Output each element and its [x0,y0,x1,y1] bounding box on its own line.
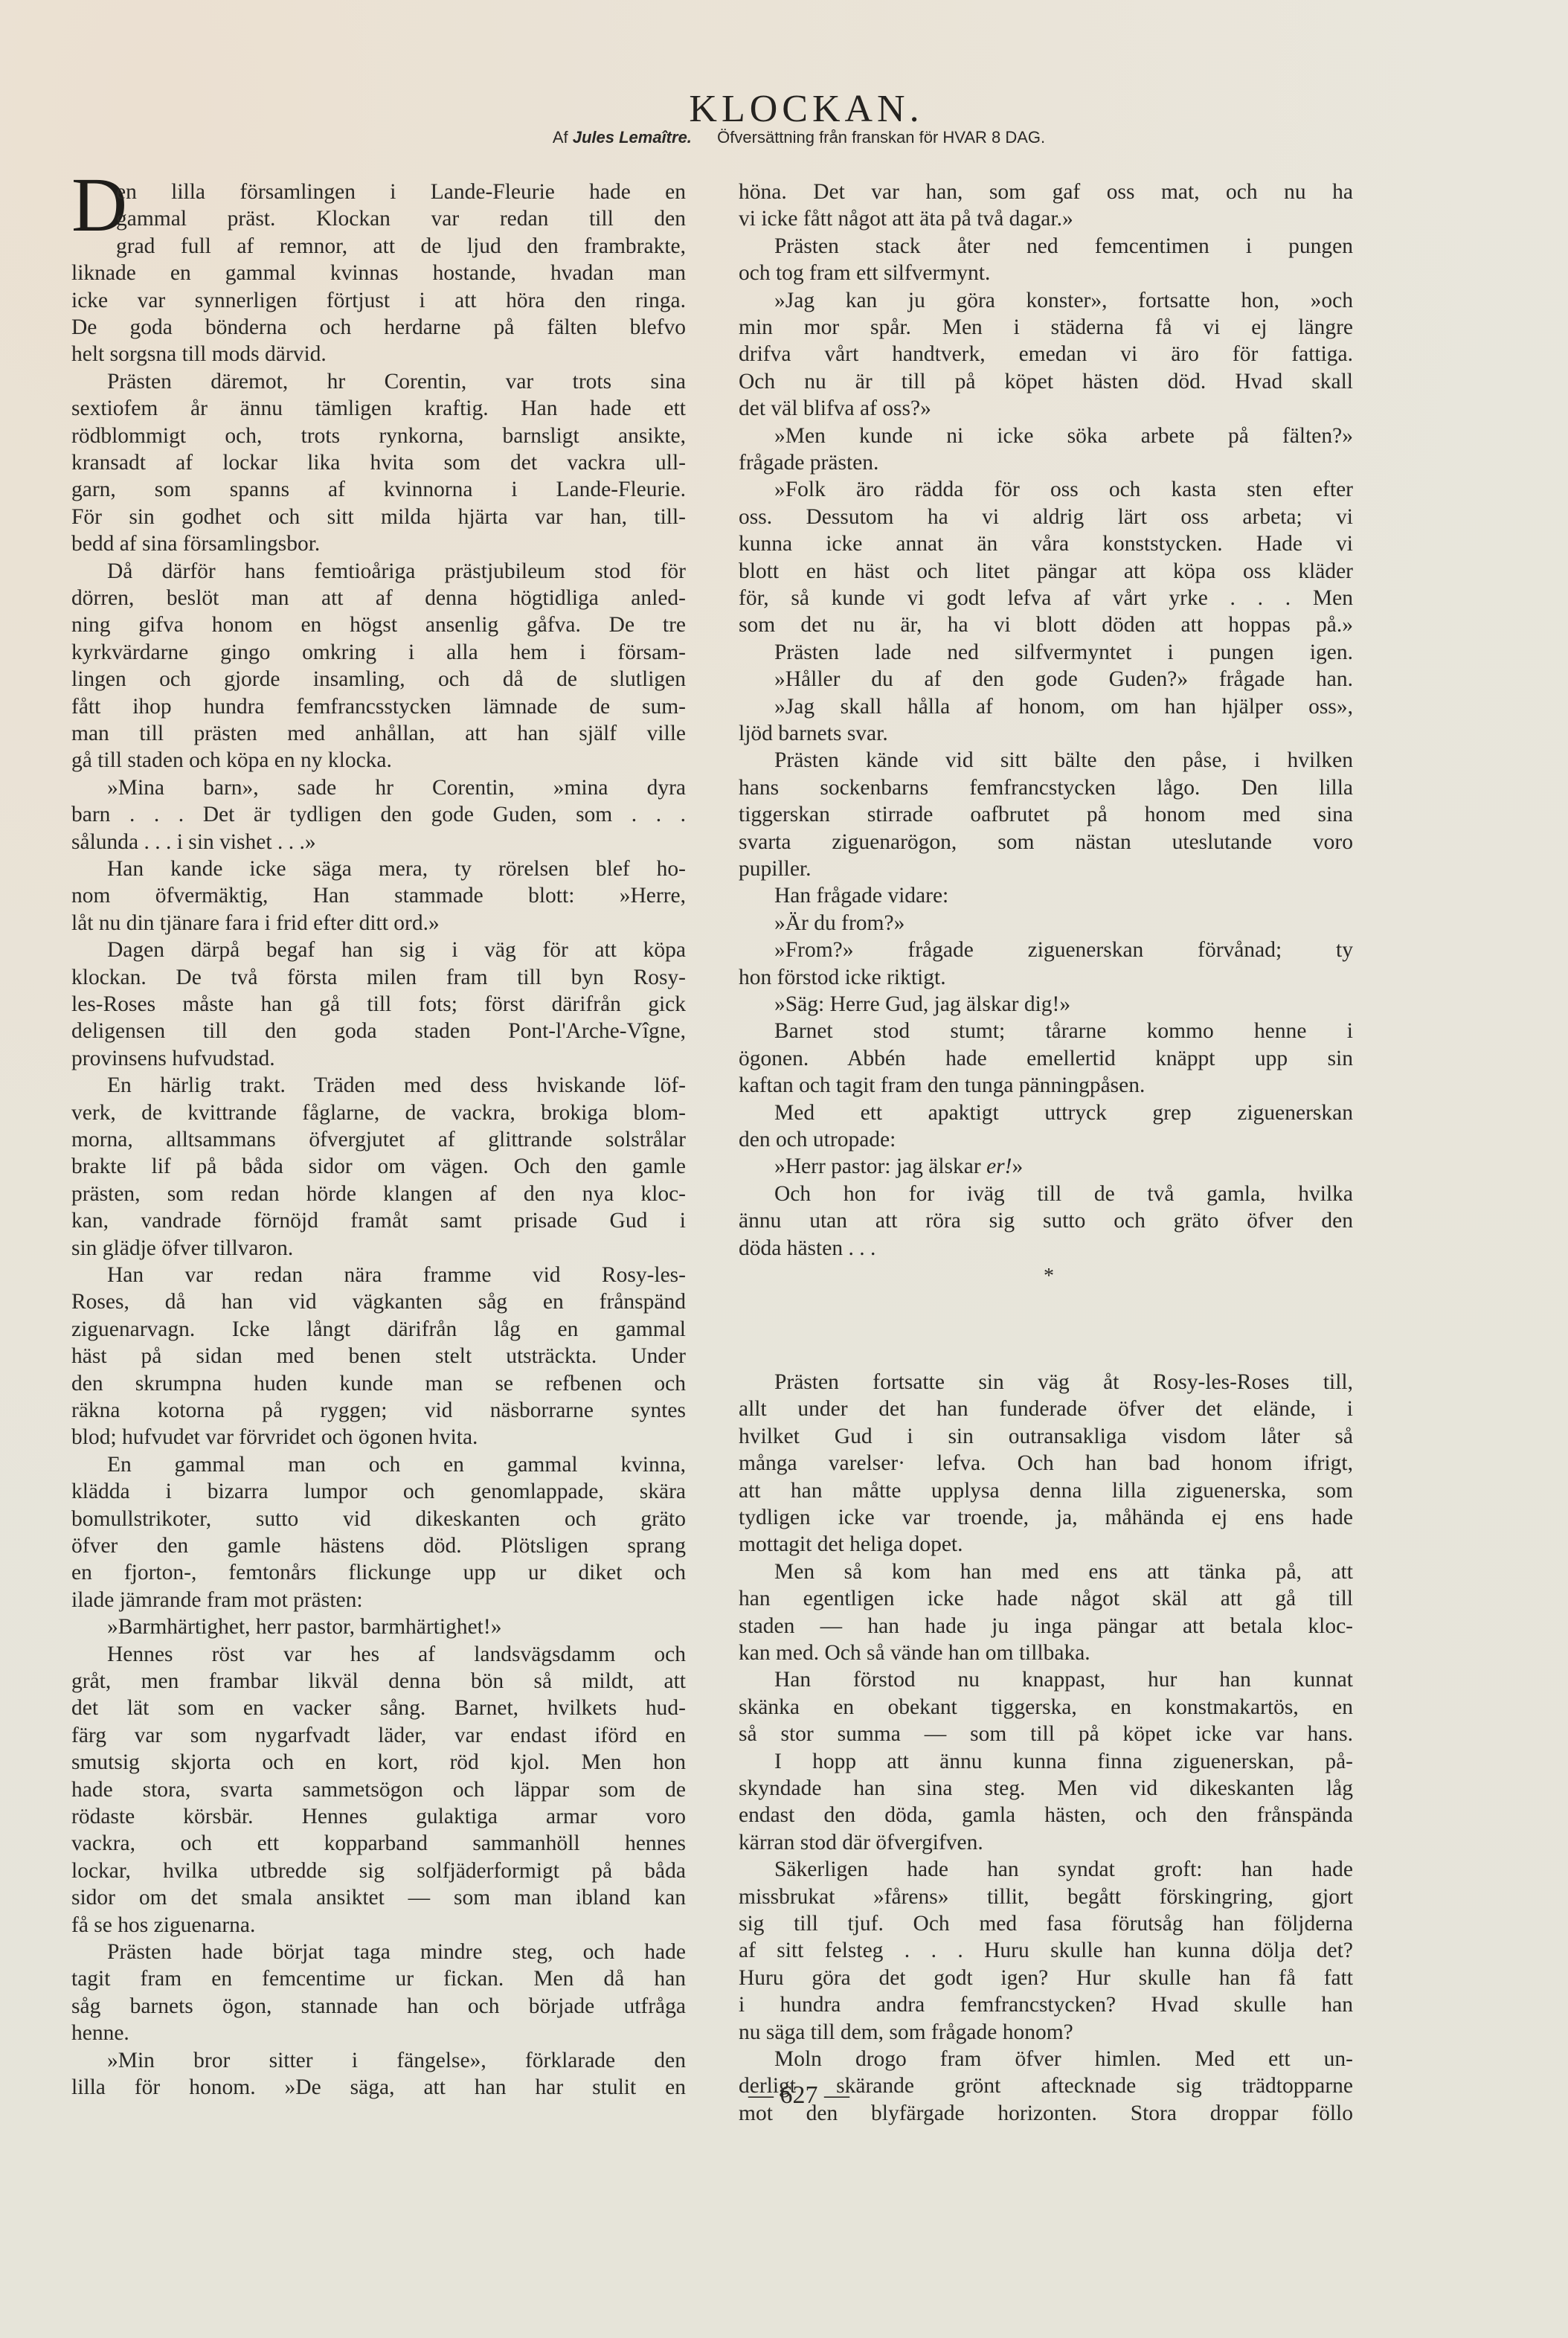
text-line: hans sockenbarns femfrancstycken lågo. D… [739,774,1353,801]
text-line: helt sorgsna till mods därvid. [71,341,686,367]
text-line: kransadt af lockar lika hvita som det va… [71,449,686,476]
text-line: Han kande icke säga mera, ty rörelsen bl… [71,855,686,882]
text-line: Säkerligen hade han syndat groft: han ha… [739,1856,1353,1883]
text-line: liknade en gammal kvinnas hostande, hvad… [71,260,686,286]
text-line: Prästen stack åter ned femcentimen i pun… [739,233,1353,260]
translation-note: Öfversättning från franskan för HVAR 8 D… [717,128,1045,147]
text-line: man till prästen med anhållan, att han s… [71,720,686,747]
text-line: att han måtte upplysa denna lilla ziguen… [739,1477,1353,1504]
text-line: »Herr pastor: jag älskar er!» [739,1153,1353,1180]
text-line: hvilket Gud i sin outransakliga visdom l… [739,1423,1353,1450]
text-line: frågade prästen. [739,449,1353,476]
text-line: det väl blifva af oss?» [739,395,1353,422]
text-line: I hopp att ännu kunna finna ziguenerskan… [739,1748,1353,1775]
text-line: kunna icke annat än våra konststycken. H… [739,530,1353,557]
text-line: bedd af sina församlingsbor. [71,530,686,557]
text-line: skänka en obekant tiggerska, en konstmak… [739,1694,1353,1721]
text-line: »Mina barn», sade hr Corentin, »mina dyr… [71,774,686,801]
text-line: För sin godhet och sitt milda hjärta var… [71,504,686,530]
text-line: Med ett apaktigt uttryck grep ziguenersk… [739,1099,1353,1126]
text-line: Huru göra det godt igen? Hur skulle han … [739,1965,1353,1991]
text-line: kan, vandrade förnöjd framåt samt prisad… [71,1207,686,1234]
text-line: »Är du from?» [739,910,1353,937]
article-title: KLOCKAN. [0,87,1568,131]
section-separator: * [1044,1265,1054,1288]
text-line: Och nu är till på köpet hästen död. Hvad… [739,368,1353,395]
text-line: få se hos ziguenarna. [71,1912,686,1939]
text-line: ning gifva honom en högst ansenlig gåfva… [71,611,686,638]
text-line: Han frågade vidare: [739,882,1353,909]
author-name: Jules Lemaître. [573,128,692,147]
text-line: prästen, som redan hörde klangen af den … [71,1181,686,1207]
text-line: »Jag kan ju göra konster», fortsatte hon… [739,287,1353,314]
text-line: kan med. Och så vände han om tillbaka. [739,1640,1353,1666]
text-line: »From?» frågade ziguenerskan förvånad; t… [739,937,1353,963]
text-line: henne. [71,2020,686,2046]
text-line: Prästen kände vid sitt bälte den påse, i… [739,747,1353,774]
text-line: provinsens hufvudstad. [71,1045,686,1072]
text-line: »Barmhärtighet, herr pastor, barmhärtigh… [71,1613,686,1640]
text-line: »Säg: Herre Gud, jag älskar dig!» [739,991,1353,1018]
text-line: tiggerskan stirrade oafbrutet på honom m… [739,801,1353,828]
byline: Af Jules Lemaître. Öfversättning från fr… [0,128,1568,147]
text-line: Och hon for iväg till de två gamla, hvil… [739,1181,1353,1207]
text-line: som det nu är, ha vi blott döden att hop… [739,611,1353,638]
text-line: allt under det han funderade öfver det e… [739,1396,1353,1422]
text-line: ziguenarvagn. Icke långt därifrån låg en… [71,1316,686,1343]
text-line: Prästen hade börjat taga mindre steg, oc… [71,1939,686,1965]
text-line: låt nu din tjänare fara i frid efter dit… [71,910,686,937]
byline-prefix: Af [553,128,568,147]
text-line: han egentligen icke hade något skäl att … [739,1585,1353,1612]
text-line: sig till tjuf. Och med fasa förutsåg han… [739,1910,1353,1937]
text-line: blott en häst och litet pängar att köpa … [739,558,1353,585]
text-line: en fjorton-, femtonårs flickunge upp ur … [71,1559,686,1586]
text-line: räkna kotorna på ryggen; vid näsborrarne… [71,1397,686,1424]
text-line: sextiofem år ännu tämligen kraftig. Han … [71,395,686,422]
text-line: staden — han hade ju inga pängar att bet… [739,1613,1353,1640]
text-line: ögonen. Abbén hade emellertid knäppt upp… [739,1045,1353,1072]
text-line: kaftan och tagit fram den tunga pänningp… [739,1072,1353,1099]
text-line: oss. Dessutom ha vi aldrig lärt oss arbe… [739,504,1353,530]
text-line: många varelser· lefva. Och han bad honom… [739,1450,1353,1477]
text-line: les-Roses måste han gå till fots; först … [71,991,686,1018]
text-line: ännu utan att röra sig sutto och gräto ö… [739,1207,1353,1234]
text-line: endast den döda, gamla hästen, och den f… [739,1802,1353,1828]
text-line: Hennes röst var hes af landsvägsdamm och [71,1641,686,1668]
text-line: och tog fram ett silfvermynt. [739,260,1353,286]
text-line: gå till staden och köpa en ny klocka. [71,747,686,774]
text-line: smutsig skjorta och en kort, röd kjol. M… [71,1749,686,1776]
text-line: höna. Det var han, som gaf oss mat, och … [739,179,1353,205]
text-line: döda hästen . . . [739,1235,1353,1262]
text-line: Prästen fortsatte sin väg åt Rosy-les-Ro… [739,1369,1353,1396]
text-line: fått ihop hundra femfrancsstycken lämnad… [71,693,686,720]
text-line: klädda i bizarra lumpor och genomlappade… [71,1478,686,1505]
text-line: öfver den gamle hästens död. Plötsligen … [71,1532,686,1559]
text-line: »Håller du af den gode Guden?» frågade h… [739,666,1353,693]
text-line: Då därför hans femtioåriga prästjubileum… [71,558,686,585]
text-line: såg barnets ögon, stannade han och börja… [71,1993,686,2020]
text-line: färg var som nygarfvadt läder, var endas… [71,1722,686,1749]
text-line: icke var synnerligen förtjust i att höra… [71,287,686,314]
text-line: rödblommigt och, trots rynkorna, barnsli… [71,423,686,449]
text-line: tagit fram en femcentime ur fickan. Men … [71,1965,686,1992]
text-line: nu säga till dem, som frågade honom? [739,2019,1353,2046]
text-line: barn . . . Det är tydligen den gode Gude… [71,801,686,828]
text-line: En härlig trakt. Träden med dess hviskan… [71,1072,686,1099]
text-line: tydligen icke var troende, ja, måhända e… [739,1504,1353,1531]
text-line: Prästen däremot, hr Corentin, var trots … [71,368,686,395]
text-line: Roses, då han vid vägkanten såg en fråns… [71,1288,686,1315]
text-line: vi icke fått något att äta på två dagar.… [739,205,1353,232]
text-line: grad full af remnor, att de ljud den fra… [71,233,686,260]
text-line: sidor om det smala ansiktet — som man ib… [71,1884,686,1911]
text-line: för, så kunde vi godt lefva af vårt yrke… [739,585,1353,611]
text-line: så stor summa — som till på köpet icke v… [739,1721,1353,1747]
text-line: Moln drogo fram öfver himlen. Med ett un… [739,2046,1353,2072]
text-line: det lät som en vacker sång. Barnet, hvil… [71,1695,686,1721]
text-line: Han var redan nära framme vid Rosy-les- [71,1262,686,1288]
text-line: skyndade han sina steg. Men vid dikeskan… [739,1775,1353,1802]
text-line: rödaste körsbär. Hennes gulaktiga armar … [71,1803,686,1830]
text-line: Prästen lade ned silfvermyntet i pungen … [739,639,1353,666]
text-line: kyrkvärdarne gingo omkring i alla hem i … [71,639,686,666]
text-line: den skrumpna huden kunde man se refbenen… [71,1370,686,1397]
text-line: »Jag skall hålla af honom, om han hjälpe… [739,693,1353,720]
text-line: garn, som spanns af kvinnorna i Lande-Fl… [71,476,686,503]
text-line: en lilla församlingen i Lande-Fleurie ha… [71,179,686,205]
emphasis-text: er! [986,1154,1012,1178]
text-line: sin glädje öfver tillvaron. [71,1235,686,1262]
text-line: Dagen därpå begaf han sig i väg för att … [71,937,686,963]
text-line: blod; hufvudet var förvridet och ögonen … [71,1424,686,1451]
text-line: gammal präst. Klockan var redan till den [71,205,686,232]
text-line: sålunda . . . i sin vishet . . .» [71,829,686,855]
text-line: hon förstod icke riktigt. [739,964,1353,991]
text-line: deligensen till den goda staden Pont-l'A… [71,1018,686,1044]
text-line: hade stora, svarta sammetsögon och läppa… [71,1776,686,1803]
text-line: häst på sidan med benen stelt utsträckta… [71,1343,686,1369]
text-line: morna, alltsammans öfvergjutet af glittr… [71,1126,686,1153]
text-line: lockar, hvilka utbredde sig solfjäderfor… [71,1857,686,1884]
text-line: Men så kom han med ens att tänka på, att [739,1558,1353,1585]
text-line: De goda bönderna och herdarne på fälten … [71,314,686,341]
text-line: af sitt felsteg . . . Huru skulle han ku… [739,1937,1353,1964]
text-line: Han förstod nu knappast, hur han kunnat [739,1666,1353,1693]
text-line: ilade jämrande fram mot prästen: [71,1587,686,1613]
text-line: nom öfvermäktig, Han stammade blott: »He… [71,882,686,909]
text-line: pupiller. [739,855,1353,882]
text-line: min mor spår. Men i städerna få vi ej lä… [739,314,1353,341]
text-line: ljöd barnets svar. [739,720,1353,747]
text-line: Barnet stod stumt; tårarne kommo henne i [739,1018,1353,1044]
text-line: »Folk äro rädda för oss och kasta sten e… [739,476,1353,503]
text-line: kärran stod där öfvergifven. [739,1829,1353,1856]
text-line: i hundra andra femfrancstycken? Hvad sku… [739,1991,1353,2018]
text-line: »Men kunde ni icke söka arbete på fälten… [739,423,1353,449]
text-line: bomullstrikoter, sutto vid dikeskanten o… [71,1506,686,1532]
text-line: mottagit det heliga dopet. [739,1531,1353,1558]
text-line: lingen och gjorde insamling, och då de s… [71,666,686,693]
text-line: klockan. De två första milen fram till b… [71,964,686,991]
page-number: — 627 — [0,2081,1568,2110]
text-line: missbrukat »fårens» tillit, begått försk… [739,1883,1353,1910]
text-line: drifva vårt handtverk, emedan vi äro för… [739,341,1353,367]
text-line: vackra, och ett kopparband sammanhöll he… [71,1830,686,1857]
text-line: den och utropade: [739,1126,1353,1153]
text-line: En gammal man och en gammal kvinna, [71,1451,686,1478]
text-line: gråt, men frambar likväl denna bön så mi… [71,1668,686,1695]
text-line: »Min bror sitter i fängelse», förklarade… [71,2047,686,2074]
text-line: dörren, beslöt man att af denna högtidli… [71,585,686,611]
text-line: svarta ziguenarögon, som nästan utesluta… [739,829,1353,855]
text-line: verk, de kvittrande fåglarne, de vackra,… [71,1099,686,1126]
text-line: brakte lif på båda sidor om vägen. Och d… [71,1153,686,1180]
